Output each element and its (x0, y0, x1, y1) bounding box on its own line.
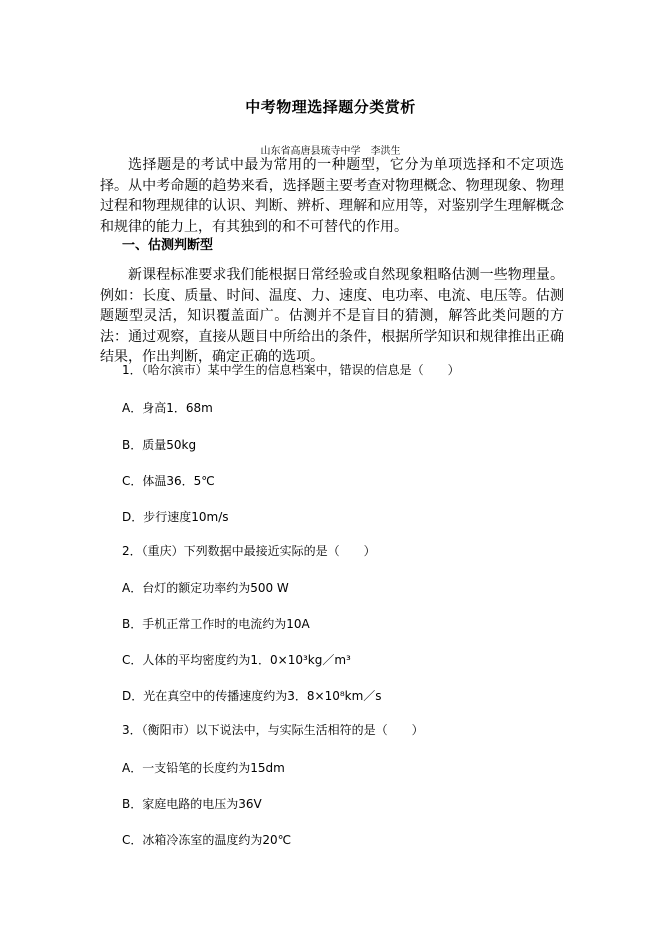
section-heading: 一、估测判断型 (122, 234, 213, 253)
question-2-option-b: B．手机正常工作时的电流约为10A (122, 615, 310, 632)
question-2-option-a: A．台灯的额定功率约为500 W (122, 579, 289, 596)
question-2-option-c: C．人体的平均密度约为1．0×10³kg／m³ (122, 651, 351, 668)
question-3-option-a: A．一支铅笔的长度约为15dm (122, 759, 285, 776)
question-1-option-c: C．体温36．5℃ (122, 472, 215, 489)
intro-paragraph: 选择题是的考试中最为常用的一种题型，它分为单项选择和不定项选择。从中考命题的趋势… (100, 155, 564, 237)
document-page: 中考物理选择题分类赏析 山东省高唐县琉寺中学 李洪生 选择题是的考试中最为常用的… (0, 0, 661, 935)
question-1-option-a: A．身高1．68m (122, 399, 213, 416)
question-2-option-d: D．光在真空中的传播速度约为3．8×10⁸km／s (122, 687, 382, 704)
question-3-stem: 3．（衡阳市）以下说法中，与实际生活相符的是（ ） (122, 721, 424, 738)
question-2-stem: 2．（重庆）下列数据中最接近实际的是（ ） (122, 542, 376, 559)
question-1-option-b: B．质量50kg (122, 436, 196, 453)
question-1-stem: 1．（哈尔滨市）某中学生的信息档案中，错误的信息是（ ） (122, 361, 460, 378)
question-3-option-c: C．冰箱冷冻室的温度约为20℃ (122, 831, 291, 848)
question-1-option-d: D．步行速度10m/s (122, 508, 229, 525)
section-paragraph: 新课程标准要求我们能根据日常经验或自然现象粗略估测一些物理量。例如：长度、质量、… (100, 265, 564, 368)
document-title: 中考物理选择题分类赏析 (0, 96, 661, 117)
question-3-option-b: B．家庭电路的电压为36V (122, 795, 262, 812)
